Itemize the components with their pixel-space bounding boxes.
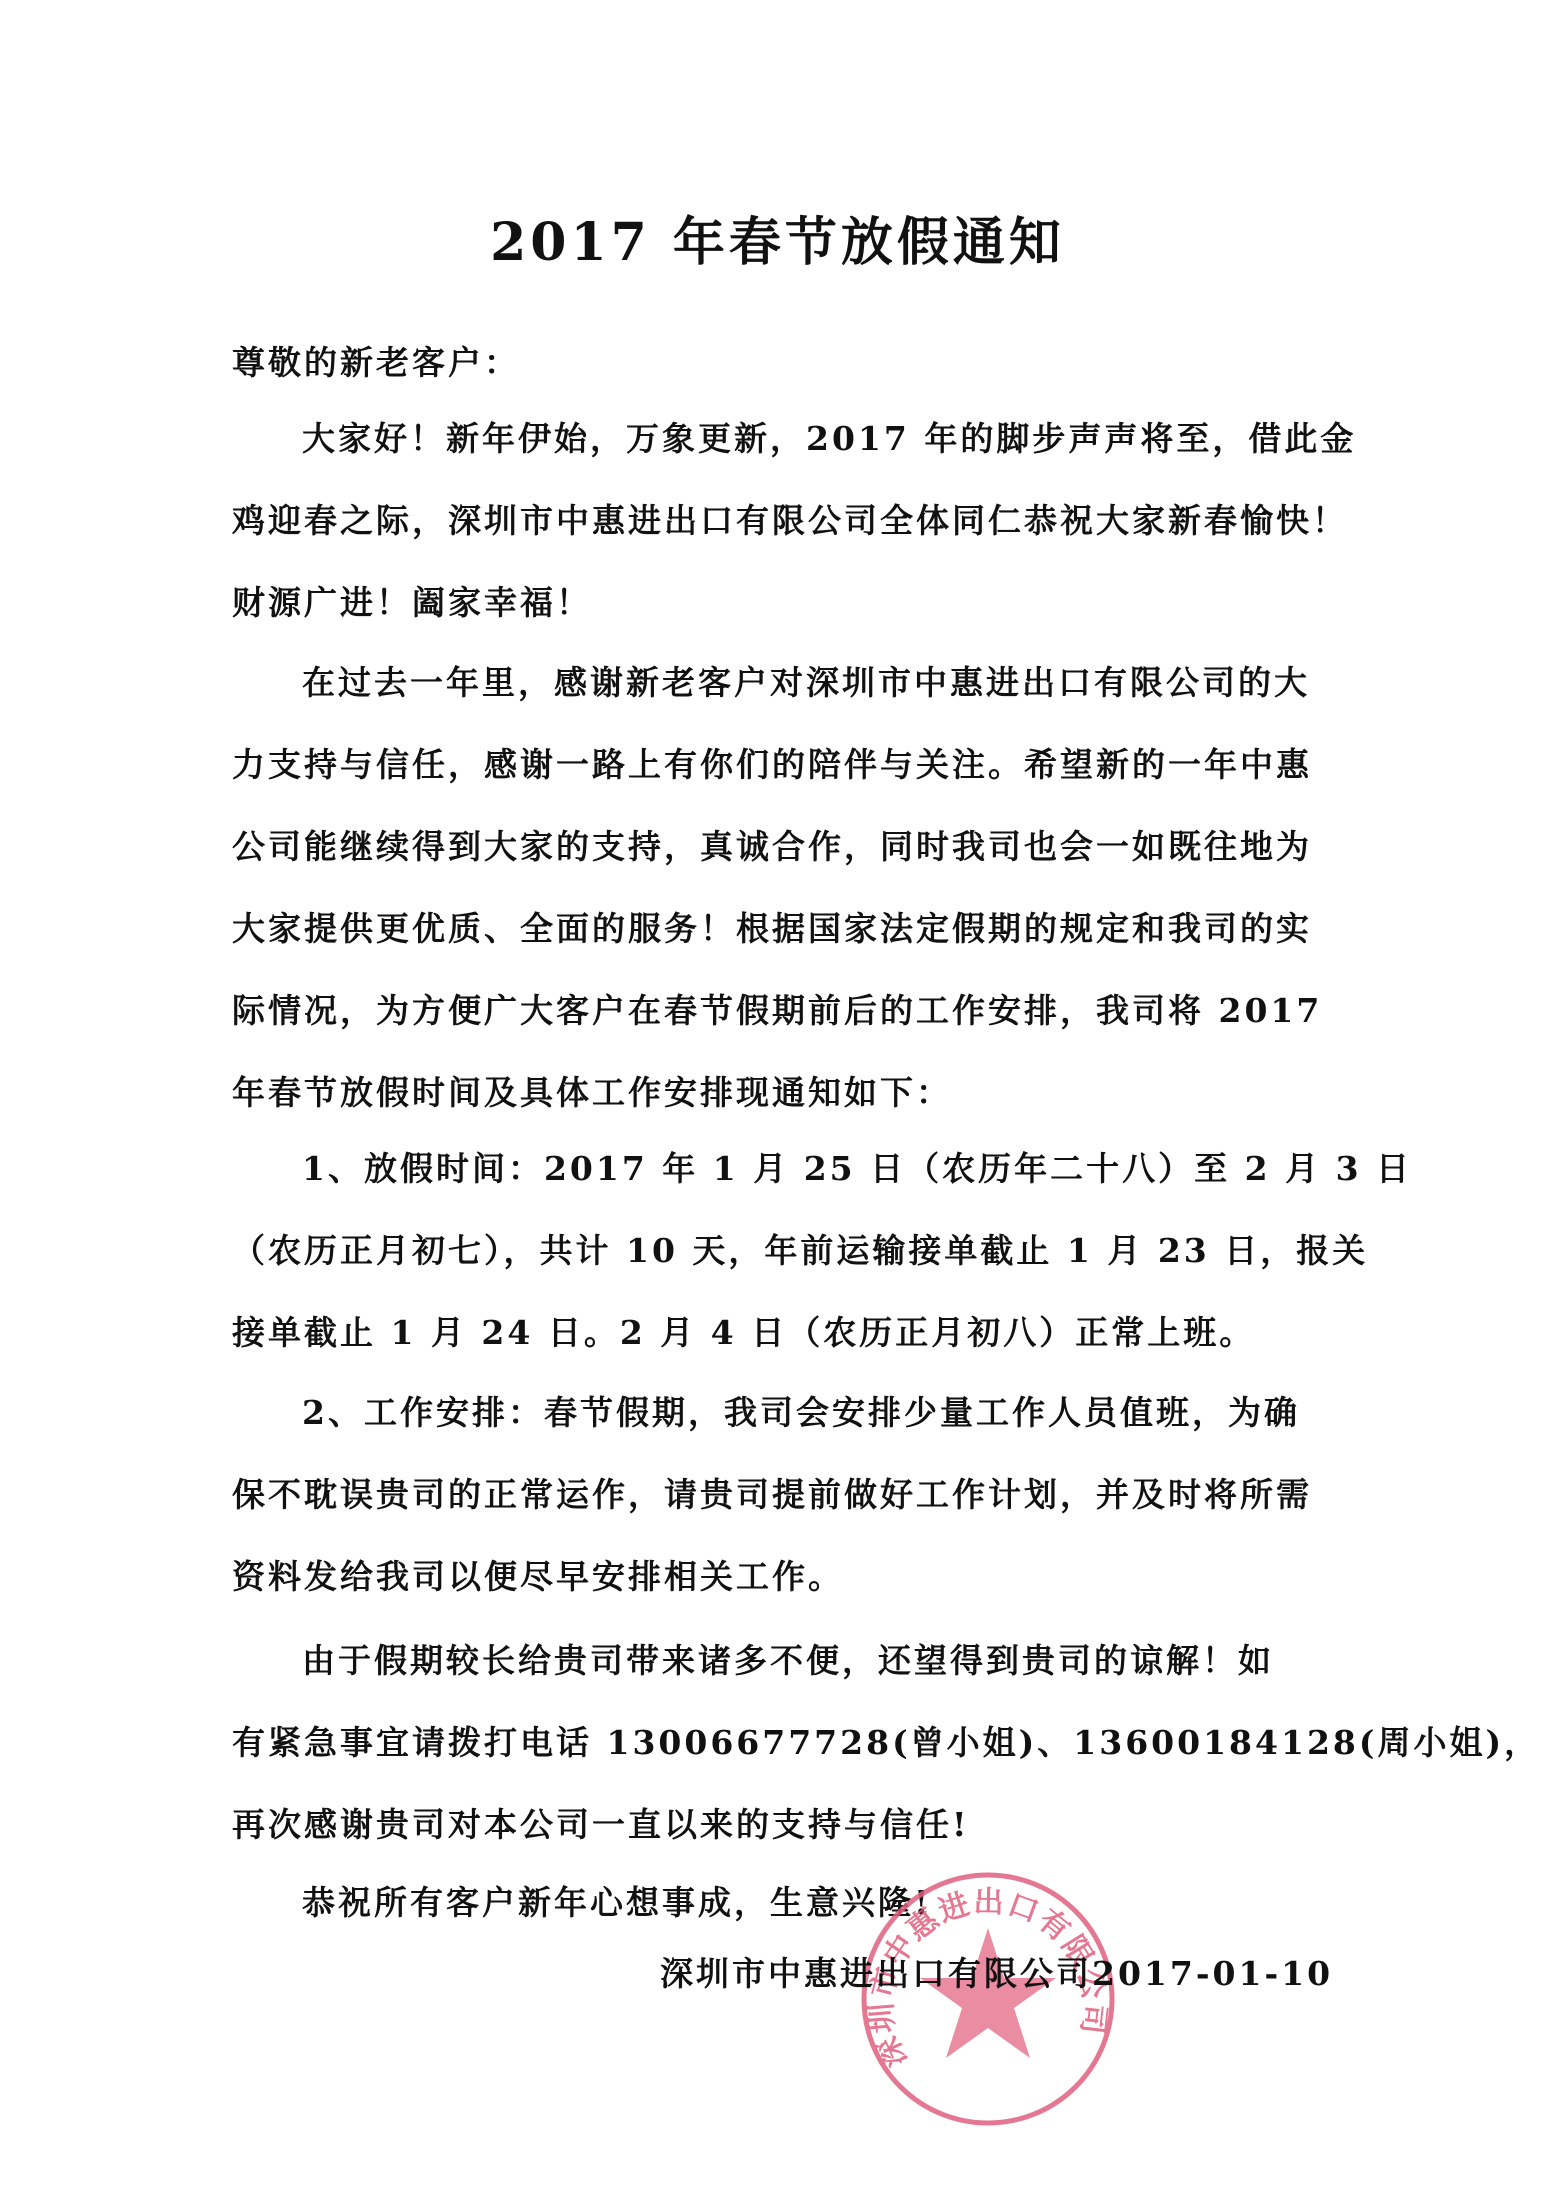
- text-line: 力支持与信任，感谢一路上有你们的陪伴与关注。希望新的一年中惠: [232, 724, 1324, 806]
- text-line: 再次感谢贵司对本公司一直以来的支持与信任!: [232, 1784, 1324, 1866]
- page-title: 2017 年春节放假通知: [0, 213, 1555, 273]
- text-line: 鸡迎春之际，深圳市中惠进出口有限公司全体同仁恭祝大家新春愉快！: [232, 480, 1324, 562]
- text-line: 恭祝所有客户新年心想事成，生意兴隆!: [232, 1862, 1324, 1944]
- work-arrangement-item: 2、工作安排：春节假期，我司会安排少量工作人员值班，为确 保不耽误贵司的正常运作…: [232, 1372, 1324, 1618]
- text-line: 资料发给我司以便尽早安排相关工作。: [232, 1536, 1324, 1618]
- text-line: 由于假期较长给贵司带来诸多不便，还望得到贵司的谅解！如: [232, 1620, 1324, 1702]
- text-line: 接单截止 1 月 24 日。2 月 4 日（农历正月初八）正常上班。: [232, 1292, 1324, 1374]
- text-line: 在过去一年里，感谢新老客户对深圳市中惠进出口有限公司的大: [232, 642, 1324, 724]
- company-name: 深圳市中惠进出口有限公司: [660, 1944, 1092, 2004]
- closing-wish: 恭祝所有客户新年心想事成，生意兴隆!: [232, 1862, 1324, 1944]
- issue-date: 2017-01-10: [1092, 1944, 1333, 2004]
- salutation: 尊敬的新老客户：: [232, 322, 1324, 404]
- text-line: 际情况，为方便广大客户在春节假期前后的工作安排，我司将 2017: [232, 970, 1324, 1052]
- text-line: 有紧急事宜请拨打电话 13006677728(曾小姐)、13600184128(…: [232, 1702, 1324, 1784]
- text-line: 大家提供更优质、全面的服务！根据国家法定假期的规定和我司的实: [232, 888, 1324, 970]
- greeting-paragraph: 大家好！新年伊始，万象更新，2017 年的脚步声声将至，借此金 鸡迎春之际，深圳…: [232, 398, 1324, 644]
- text-line: 大家好！新年伊始，万象更新，2017 年的脚步声声将至，借此金: [232, 398, 1324, 480]
- notice-page: 2017 年春节放假通知 尊敬的新老客户： 大家好！新年伊始，万象更新，2017…: [0, 0, 1555, 2211]
- text-line: 年春节放假时间及具体工作安排现通知如下：: [232, 1052, 1324, 1134]
- text-line: 财源广进！阖家幸福！: [232, 562, 1324, 644]
- text-line: 保不耽误贵司的正常运作，请贵司提前做好工作计划，并及时将所需: [232, 1454, 1324, 1536]
- thanks-paragraph: 在过去一年里，感谢新老客户对深圳市中惠进出口有限公司的大 力支持与信任，感谢一路…: [232, 642, 1324, 1134]
- holiday-time-item: 1、放假时间：2017 年 1 月 25 日（农历年二十八）至 2 月 3 日 …: [232, 1128, 1324, 1374]
- apology-contact-paragraph: 由于假期较长给贵司带来诸多不便，还望得到贵司的谅解！如 有紧急事宜请拨打电话 1…: [232, 1620, 1324, 1866]
- text-line: （农历正月初七），共计 10 天，年前运输接单截止 1 月 23 日，报关: [232, 1210, 1324, 1292]
- signature-block: 深圳市中惠进出口有限公司 2017-01-10: [660, 1944, 1324, 2004]
- text-line: 1、放假时间：2017 年 1 月 25 日（农历年二十八）至 2 月 3 日: [232, 1128, 1324, 1210]
- text-line: 公司能继续得到大家的支持，真诚合作，同时我司也会一如既往地为: [232, 806, 1324, 888]
- text-line: 2、工作安排：春节假期，我司会安排少量工作人员值班，为确: [232, 1372, 1324, 1454]
